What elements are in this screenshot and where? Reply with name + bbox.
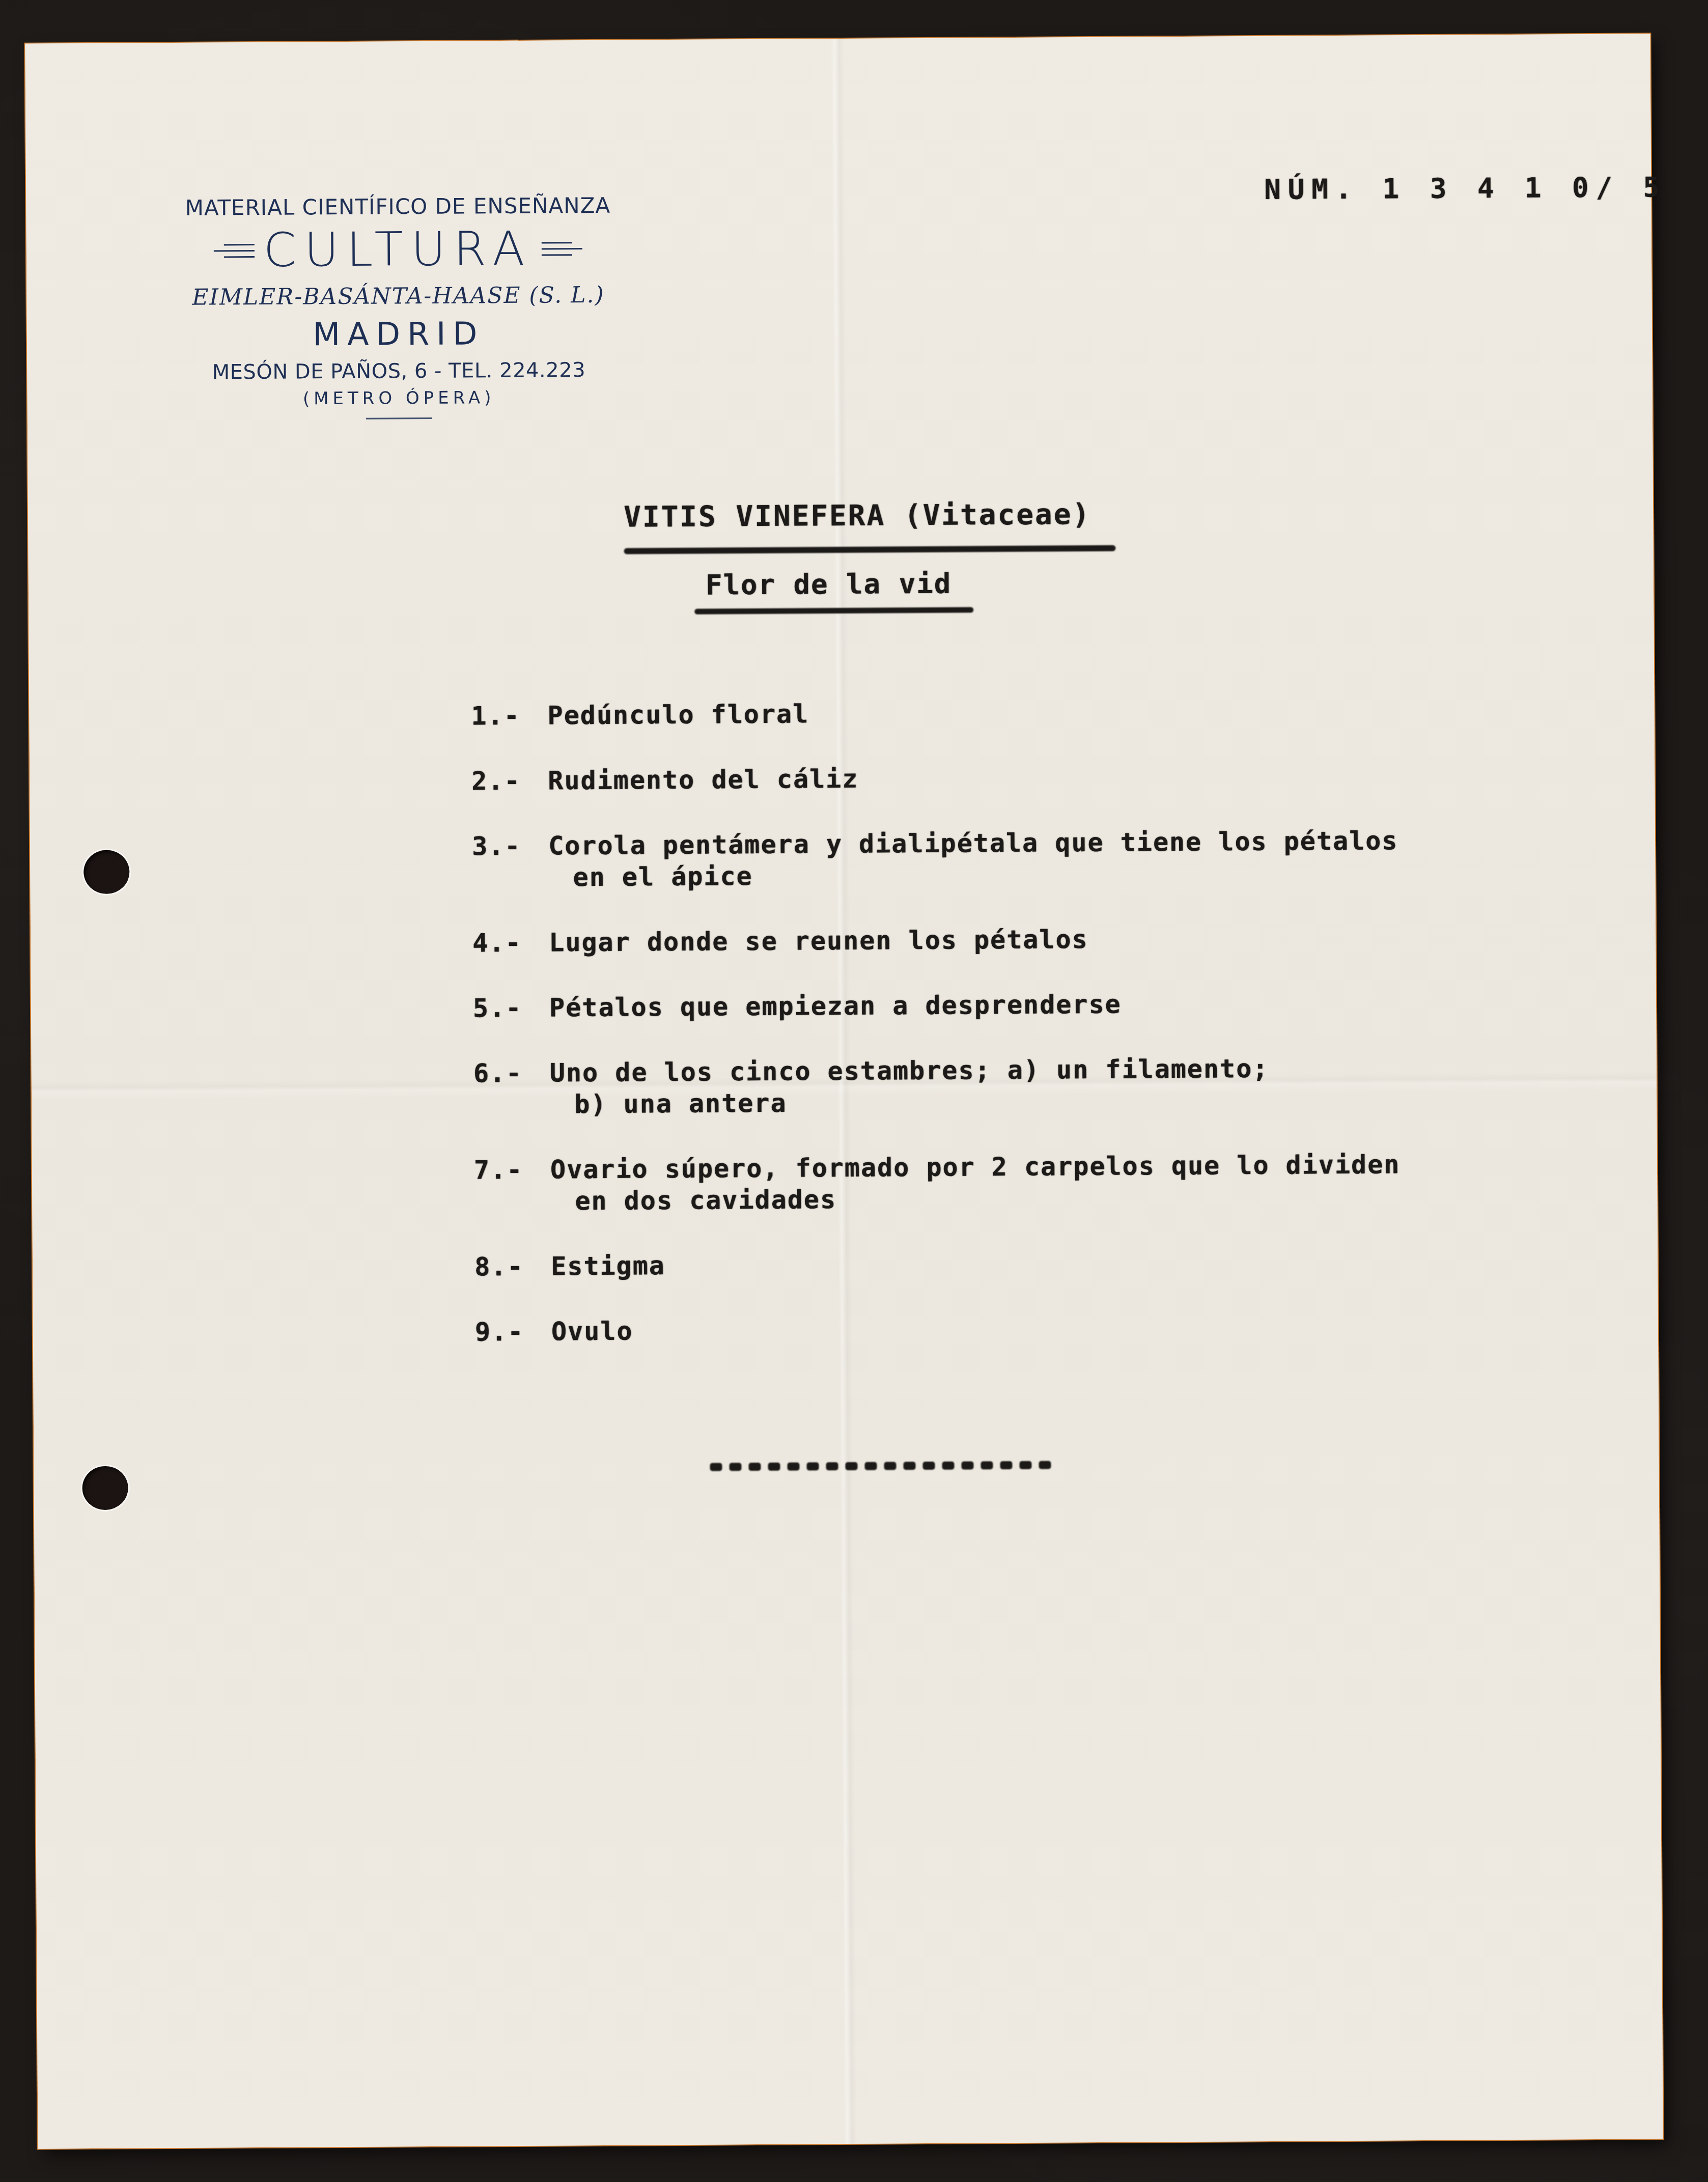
item-text: Ovulo	[551, 1317, 633, 1347]
item-text: Rudimento del cáliz	[548, 764, 858, 796]
letterhead-brand-row: CULTURA	[164, 225, 633, 275]
letterhead-address: MESÓN DE PAÑOS, 6 - TEL. 224.223	[164, 358, 633, 385]
item-number: 6.-	[473, 1057, 550, 1121]
letterhead-brand: CULTURA	[263, 226, 533, 274]
legend-list: 1.- Pedúnculo floral 2.- Rudimento del c…	[471, 693, 1620, 1382]
document-number: NÚM. 1 3 4 1 0/ 5	[1264, 171, 1667, 206]
item-number: 2.-	[471, 765, 548, 797]
item-text: Pétalos que empiezan a desprenderse	[549, 990, 1122, 1023]
item-text: Pedúnculo floral	[547, 699, 809, 730]
subtitle-underline	[694, 607, 973, 614]
list-item: 1.- Pedúnculo floral	[471, 693, 1616, 732]
item-number: 9.-	[475, 1316, 551, 1348]
document-subtitle: Flor de la vid	[706, 568, 952, 601]
item-continuation: en dos cavidades	[550, 1180, 1401, 1217]
item-text: Corola pentámera y dialipétala que tiene…	[548, 826, 1398, 860]
list-item: 4.- Lugar donde se reunen los pétalos	[472, 920, 1618, 959]
letterhead-metro: (METRO ÓPERA)	[165, 387, 633, 410]
title-underline	[624, 545, 1115, 554]
item-continuation: b) una antera	[550, 1084, 1269, 1121]
item-number: 1.-	[471, 700, 547, 732]
list-item: 9.- Ovulo	[475, 1309, 1620, 1348]
list-item: 2.- Rudimento del cáliz	[471, 759, 1617, 797]
decorative-rules-left-icon	[213, 244, 254, 258]
item-continuation: en el ápice	[548, 856, 1398, 893]
letterhead-divider	[366, 417, 432, 419]
letterhead-tagline: MATERIAL CIENTÍFICO DE ENSEÑANZA	[163, 193, 632, 221]
closing-dashed-rule	[710, 1461, 1051, 1471]
item-number: 5.-	[473, 992, 549, 1024]
item-number: 8.-	[474, 1251, 551, 1283]
decorative-rules-right-icon	[542, 242, 582, 256]
list-item: 6.- Uno de los cinco estambres; a) un fi…	[473, 1051, 1619, 1121]
letterhead-city: MADRID	[164, 314, 633, 354]
item-number: 7.-	[474, 1154, 551, 1218]
item-number: 3.-	[472, 830, 549, 894]
list-item: 8.- Estigma	[474, 1244, 1620, 1283]
letterhead-company: EIMLER-BASÁNTA-HAASE (S. L.)	[164, 282, 632, 311]
item-text: Uno de los cinco estambres; a) un filame…	[550, 1054, 1269, 1088]
punch-hole-top	[83, 850, 130, 894]
list-item: 7.- Ovario súpero, formado por 2 carpelo…	[474, 1148, 1620, 1218]
punch-hole-bottom	[82, 1466, 128, 1510]
letterhead: MATERIAL CIENTÍFICO DE ENSEÑANZA CULTURA…	[163, 193, 633, 421]
list-item: 3.- Corola pentámera y dialipétala que t…	[472, 824, 1618, 894]
item-text: Ovario súpero, formado por 2 carpelos qu…	[550, 1150, 1401, 1184]
item-number: 4.-	[472, 927, 549, 959]
item-text: Estigma	[551, 1251, 665, 1281]
item-text: Lugar donde se reunen los pétalos	[549, 925, 1088, 957]
list-item: 5.- Pétalos que empiezan a desprenderse	[473, 986, 1618, 1024]
document-title: VITIS VINEFERA (Vitaceae)	[624, 498, 1091, 534]
paper-sheet: MATERIAL CIENTÍFICO DE ENSEÑANZA CULTURA…	[25, 34, 1663, 2148]
